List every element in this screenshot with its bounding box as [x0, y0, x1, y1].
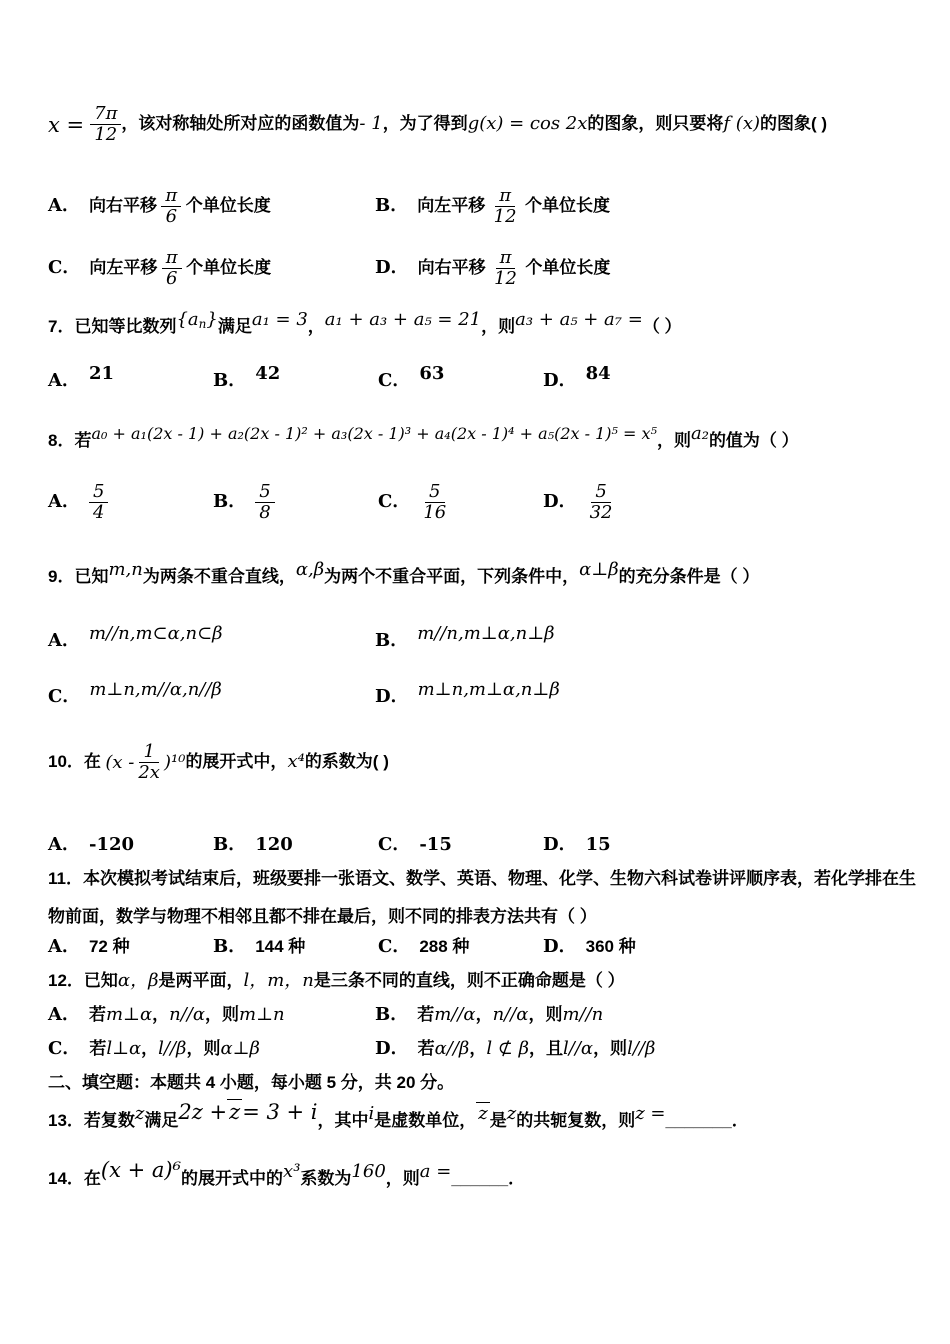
option-label: A．: [48, 1004, 80, 1025]
option-text: 向右平移: [89, 196, 157, 215]
text-segment: 的展开式中，: [185, 752, 287, 771]
math-segment: a₁ + a₃ + a₅ = 21: [325, 309, 481, 330]
fraction-numerator: 5: [425, 482, 444, 503]
question-number: 8．: [48, 431, 74, 450]
option-text: 若: [418, 1039, 435, 1058]
text-segment: （ ）: [643, 317, 682, 336]
option-d: D．360 种: [543, 932, 698, 958]
option-a: A．m//n,m⊂α,n⊂β: [48, 626, 375, 652]
text-segment: 的图象，则只要将: [587, 114, 723, 133]
math-segment: a₃ + a₅ + a₇ =: [515, 309, 643, 330]
option-value: 120: [255, 834, 293, 855]
math-segment: g(x) = cos 2x: [468, 113, 588, 134]
option-math: m//n: [562, 1004, 603, 1025]
option-label: B．: [375, 1004, 408, 1025]
text-segment: 是虚数单位，: [374, 1111, 476, 1130]
question-12-options-row-1: A．若m⊥α，n//α，则m⊥n B．若m//α，n//α，则m//n: [48, 1000, 848, 1026]
text-segment: ，则: [657, 431, 691, 450]
option-math: α⊥β: [220, 1038, 260, 1059]
fraction-denominator: 6: [162, 269, 181, 289]
question-number: 9．: [48, 567, 74, 586]
option-math: m⊥n: [239, 1004, 285, 1025]
option-text: ，: [141, 1039, 158, 1058]
option-b: B．144 种: [213, 932, 378, 958]
fraction: 54: [89, 482, 108, 523]
conjugate-z: z: [476, 1102, 489, 1124]
question-7-options: A．21 B．42 C．63 D．84: [48, 366, 698, 392]
option-value: m//n,m⊂α,n⊂β: [89, 623, 223, 644]
option-d: D．m⊥n,m⊥α,n⊥β: [375, 682, 808, 708]
option-value: 21: [89, 363, 114, 384]
option-a: A．若m⊥α，n//α，则m⊥n: [48, 1000, 375, 1026]
option-text: ，且: [529, 1039, 563, 1058]
math-segment: x⁴: [287, 751, 304, 772]
fraction-denominator: 12: [490, 207, 521, 227]
fraction: 532: [586, 482, 617, 523]
option-label: C．: [378, 491, 410, 512]
option-label: C．: [48, 686, 80, 707]
text-segment: 的图象( ): [760, 114, 827, 133]
option-d: D．向右平移 π12 个单位长度: [375, 248, 808, 289]
answer-blank: ______: [451, 1169, 508, 1188]
text-segment: 的充分条件是（ ）: [619, 567, 760, 586]
math-segment: x³: [283, 1161, 300, 1182]
option-text: ，: [152, 1005, 169, 1024]
math-segment: - 1: [359, 113, 382, 134]
option-b: B．120: [213, 830, 378, 856]
math-segment: a =: [420, 1161, 452, 1182]
exam-page: x = 7π 12 ，该对称轴处所对应的函数值为- 1，为了得到g(x) = c…: [0, 0, 950, 1344]
question-11-stem: 11．本次模拟考试结束后，班级要排一张语文、数学、英语、物理、化学、生物六科试卷…: [48, 860, 932, 936]
option-text: 若: [417, 1005, 434, 1024]
option-label: D．: [375, 686, 409, 707]
fraction: 7π 12: [90, 104, 121, 145]
fraction-numerator: 5: [89, 482, 108, 503]
text-segment: 若复数: [84, 1111, 135, 1130]
option-text: ，则: [528, 1005, 562, 1024]
question-6-options-row-1: A．向右平移 π6 个单位长度 B．向左平移 π12 个单位长度: [48, 186, 808, 227]
option-value: 42: [255, 363, 280, 384]
math-segment: a₁ = 3: [252, 309, 308, 330]
question-6-options-row-2: C．向左平移 π6 个单位长度 D．向右平移 π12 个单位长度: [48, 248, 808, 289]
option-value: 84: [586, 363, 611, 384]
fraction: π6: [161, 186, 181, 227]
option-text: ，则: [593, 1039, 627, 1058]
text-segment: 的展开式中的: [181, 1169, 283, 1188]
option-value: 144 种: [255, 937, 305, 956]
option-math: m//α: [434, 1004, 475, 1025]
option-c: C．288 种: [378, 932, 543, 958]
text-segment: ，则: [481, 317, 515, 336]
fraction-numerator: 5: [255, 482, 274, 503]
text-segment: 是三条不同的直线，则不正确命题是（ ）: [314, 971, 625, 990]
fraction-numerator: π: [161, 186, 181, 207]
question-12-stem: 12．已知α，β是两平面，l，m，n是三条不同的直线，则不正确命题是（ ）: [48, 966, 625, 992]
conjugate-z: z: [227, 1099, 242, 1124]
question-number: 14．: [48, 1169, 84, 1188]
text-segment: 在: [84, 752, 101, 771]
option-text: 向右平移: [418, 258, 486, 277]
option-text: 若: [89, 1005, 106, 1024]
answer-blank: _______: [666, 1111, 732, 1130]
option-math: m⊥α: [106, 1004, 152, 1025]
option-label: B．: [375, 195, 408, 216]
option-value: 288 种: [419, 937, 469, 956]
option-label: D．: [375, 257, 409, 278]
option-value: -15: [419, 834, 452, 855]
fraction-numerator: π: [495, 186, 515, 207]
option-math: α//β: [435, 1038, 470, 1059]
option-text: ，则: [186, 1039, 220, 1058]
fraction-numerator: 7π: [90, 104, 121, 125]
text-segment: 在: [84, 1169, 101, 1188]
math-segment: a₀ + a₁(2x - 1) + a₂(2x - 1)² + a₃(2x - …: [91, 424, 657, 443]
question-9-stem: 9．已知m,n为两条不重合直线，α,β为两个不重合平面，下列条件中，α⊥β的充分…: [48, 562, 759, 587]
text-segment: ，为了得到: [383, 114, 468, 133]
option-math: l⊥α: [106, 1038, 141, 1059]
math-segment: m,n: [108, 559, 142, 580]
option-label: D．: [375, 1038, 409, 1059]
math-segment: {an}: [176, 309, 217, 330]
option-label: D．: [543, 936, 577, 957]
option-b: B．若m//α，n//α，则m//n: [375, 1000, 848, 1026]
math-segment: f (x): [723, 113, 760, 134]
option-math: n//α: [169, 1004, 205, 1025]
option-c: C．向左平移 π6 个单位长度: [48, 248, 375, 289]
option-b: B．向左平移 π12 个单位长度: [375, 186, 808, 227]
section-title: 二、填空题：本题共 4 小题，每小题 5 分，共 20 分。: [48, 1073, 454, 1092]
math-segment: z =: [635, 1103, 665, 1124]
text-segment: 若: [74, 431, 91, 450]
option-label: C．: [378, 370, 410, 391]
option-value: -120: [89, 834, 134, 855]
question-11-options: A．72 种 B．144 种 C．288 种 D．360 种: [48, 932, 698, 958]
option-label: A．: [48, 630, 80, 651]
fraction-denominator: 4: [89, 503, 108, 523]
option-label: D．: [543, 491, 577, 512]
question-7-stem: 7．已知等比数列{an}满足a₁ = 3，a₁ + a₃ + a₅ = 21，则…: [48, 312, 682, 337]
fraction-denominator: 16: [419, 503, 450, 523]
option-label: A．: [48, 195, 80, 216]
option-d: D．84: [543, 366, 698, 392]
question-number: 10．: [48, 752, 84, 771]
text-segment: ，该对称轴处所对应的函数值为: [121, 114, 359, 133]
text-segment: 的系数为( ): [305, 752, 389, 771]
option-a: A．向右平移 π6 个单位长度: [48, 186, 375, 227]
question-number: 11．: [48, 869, 83, 888]
option-text: 向左平移: [417, 196, 485, 215]
fraction: π6: [162, 248, 182, 289]
fraction-numerator: 5: [591, 482, 610, 503]
option-text: 个单位长度: [525, 258, 610, 277]
sequence-close: }: [206, 309, 217, 330]
math-segment: z: [507, 1103, 516, 1124]
math-segment: a₂: [691, 423, 709, 444]
option-label: A．: [48, 491, 80, 512]
fraction-denominator: 2x: [134, 763, 164, 783]
option-math: l ⊄ β: [486, 1038, 529, 1059]
text-segment: 本次模拟考试结束后，班级要排一张语文、数学、英语、物理、化学、生物六科试卷讲评顺…: [48, 869, 916, 926]
option-a: A．21: [48, 366, 213, 392]
option-label: C．: [48, 257, 80, 278]
option-c: C．63: [378, 366, 543, 392]
option-c: C．若l⊥α，l//β，则α⊥β: [48, 1034, 375, 1060]
sequence-open: {a: [176, 309, 198, 330]
math-close-paren: )¹⁰: [164, 752, 185, 773]
option-label: C．: [48, 1038, 80, 1059]
fraction: 516: [419, 482, 450, 523]
fraction-denominator: 12: [90, 125, 121, 145]
sequence-subscript: n: [199, 317, 207, 331]
option-math: l//β: [627, 1038, 655, 1059]
fraction: π12: [490, 248, 521, 289]
option-text: 若: [89, 1039, 106, 1058]
fraction-numerator: π: [496, 248, 516, 269]
option-label: B．: [213, 491, 246, 512]
option-a: A．54: [48, 482, 213, 523]
math-segment: (x + a)⁶: [101, 1158, 181, 1182]
text-segment: 已知: [84, 971, 118, 990]
fraction: π12: [490, 186, 521, 227]
option-label: B．: [213, 834, 246, 855]
text-segment: 为两个不重合平面，下列条件中，: [324, 567, 579, 586]
question-6-continuation-stem: x = 7π 12 ，该对称轴处所对应的函数值为- 1，为了得到g(x) = c…: [48, 104, 827, 145]
option-label: A．: [48, 936, 80, 957]
question-number: 7．: [48, 317, 74, 336]
math-lead: x =: [48, 113, 84, 137]
text-segment: 系数为: [300, 1169, 351, 1188]
fraction-denominator: 12: [490, 269, 521, 289]
option-text: 个单位长度: [186, 196, 271, 215]
option-label: C．: [378, 834, 410, 855]
option-c: C．-15: [378, 830, 543, 856]
fraction-denominator: 6: [162, 207, 181, 227]
text-segment: ，其中: [317, 1111, 368, 1130]
option-b: B．58: [213, 482, 378, 523]
option-a: A．72 种: [48, 932, 213, 958]
math-segment: α，β: [118, 970, 159, 991]
section-2-header: 二、填空题：本题共 4 小题，每小题 5 分，共 20 分。: [48, 1068, 454, 1093]
option-value: 360 种: [586, 937, 636, 956]
math-expression-x-equals: x = 7π 12: [48, 104, 121, 145]
text-segment: ．: [508, 1169, 525, 1188]
option-math: l//α: [563, 1038, 593, 1059]
question-10-options: A．-120 B．120 C．-15 D．15: [48, 830, 698, 856]
question-14-stem: 14．在(x + a)⁶的展开式中的x³系数为160，则a =______．: [48, 1164, 525, 1189]
fraction: 12x: [134, 742, 164, 783]
question-8-stem: 8．若a₀ + a₁(2x - 1) + a₂(2x - 1)² + a₃(2x…: [48, 426, 799, 451]
math-segment: 2z +: [178, 1100, 227, 1124]
option-label: A．: [48, 834, 80, 855]
text-segment: 满足: [144, 1111, 178, 1130]
text-segment: 的共轭复数，则: [516, 1111, 635, 1130]
option-d: D．若α//β，l ⊄ β，且l//α，则l//β: [375, 1034, 848, 1060]
text-segment: 已知等比数列: [74, 317, 176, 336]
option-d: D．532: [543, 482, 698, 523]
math-segment: l，m，n: [243, 970, 313, 991]
math-segment: α⊥β: [579, 559, 619, 580]
math-segment: 160: [351, 1161, 385, 1182]
option-label: B．: [213, 370, 246, 391]
option-label: C．: [378, 936, 410, 957]
option-text: 向左平移: [89, 258, 157, 277]
text-segment: ，则: [386, 1169, 420, 1188]
option-d: D．15: [543, 830, 698, 856]
option-a: A．-120: [48, 830, 213, 856]
option-b: B．m//n,m⊥α,n⊥β: [375, 626, 808, 652]
fraction-numerator: 1: [139, 742, 158, 763]
option-value: 72 种: [89, 937, 130, 956]
question-13-stem: 13．若复数z满足2z +z= 3 + i，其中i是虚数单位，z是z的共轭复数，…: [48, 1106, 749, 1131]
question-9-options-row-1: A．m//n,m⊂α,n⊂β B．m//n,m⊥α,n⊥β: [48, 626, 808, 652]
option-text: ，: [469, 1039, 486, 1058]
option-text: ，则: [205, 1005, 239, 1024]
option-b: B．42: [213, 366, 378, 392]
option-label: B．: [375, 630, 408, 651]
fraction: 58: [255, 482, 274, 523]
option-label: D．: [543, 834, 577, 855]
text-segment: 是: [490, 1111, 507, 1130]
question-9-options-row-2: C．m⊥n,m//α,n//β D．m⊥n,m⊥α,n⊥β: [48, 682, 808, 708]
math-expression-binomial: (x - 12x )¹⁰: [105, 742, 185, 783]
text-segment: 已知: [74, 567, 108, 586]
text-segment: ．: [732, 1111, 749, 1130]
option-c: C．516: [378, 482, 543, 523]
option-label: D．: [543, 370, 577, 391]
math-segment: z: [135, 1103, 144, 1124]
option-label: B．: [213, 936, 246, 957]
option-math: n//α: [493, 1004, 529, 1025]
math-segment: = 3 + i: [242, 1100, 317, 1124]
option-value: m//n,m⊥α,n⊥β: [417, 623, 554, 644]
fraction-denominator: 32: [586, 503, 617, 523]
text-segment: ，: [308, 317, 325, 336]
option-math: l//β: [158, 1038, 186, 1059]
option-value: m⊥n,m⊥α,n⊥β: [418, 679, 560, 700]
option-text: 个单位长度: [525, 196, 610, 215]
option-text: 个单位长度: [186, 258, 271, 277]
math-segment: α,β: [296, 559, 324, 580]
option-value: m⊥n,m//α,n//β: [89, 679, 222, 700]
question-12-options-row-2: C．若l⊥α，l//β，则α⊥β D．若α//β，l ⊄ β，且l//α，则l/…: [48, 1034, 848, 1060]
question-10-stem: 10．在 (x - 12x )¹⁰ 的展开式中，x⁴的系数为( ): [48, 742, 389, 783]
text-segment: 满足: [218, 317, 252, 336]
fraction-numerator: π: [162, 248, 182, 269]
fraction-denominator: 8: [255, 503, 274, 523]
question-number: 13．: [48, 1111, 84, 1130]
math-segment: i: [368, 1103, 374, 1124]
math-open-paren: (x -: [105, 752, 134, 773]
option-text: ，: [476, 1005, 493, 1024]
option-label: A．: [48, 370, 80, 391]
option-value: 63: [419, 363, 444, 384]
option-value: 15: [586, 834, 611, 855]
text-segment: 是两平面，: [158, 971, 243, 990]
text-segment: 为两条不重合直线，: [143, 567, 296, 586]
question-number: 12．: [48, 971, 84, 990]
question-8-options: A．54 B．58 C．516 D．532: [48, 482, 698, 523]
option-c: C．m⊥n,m//α,n//β: [48, 682, 375, 708]
text-segment: 的值为（ ）: [709, 431, 799, 450]
